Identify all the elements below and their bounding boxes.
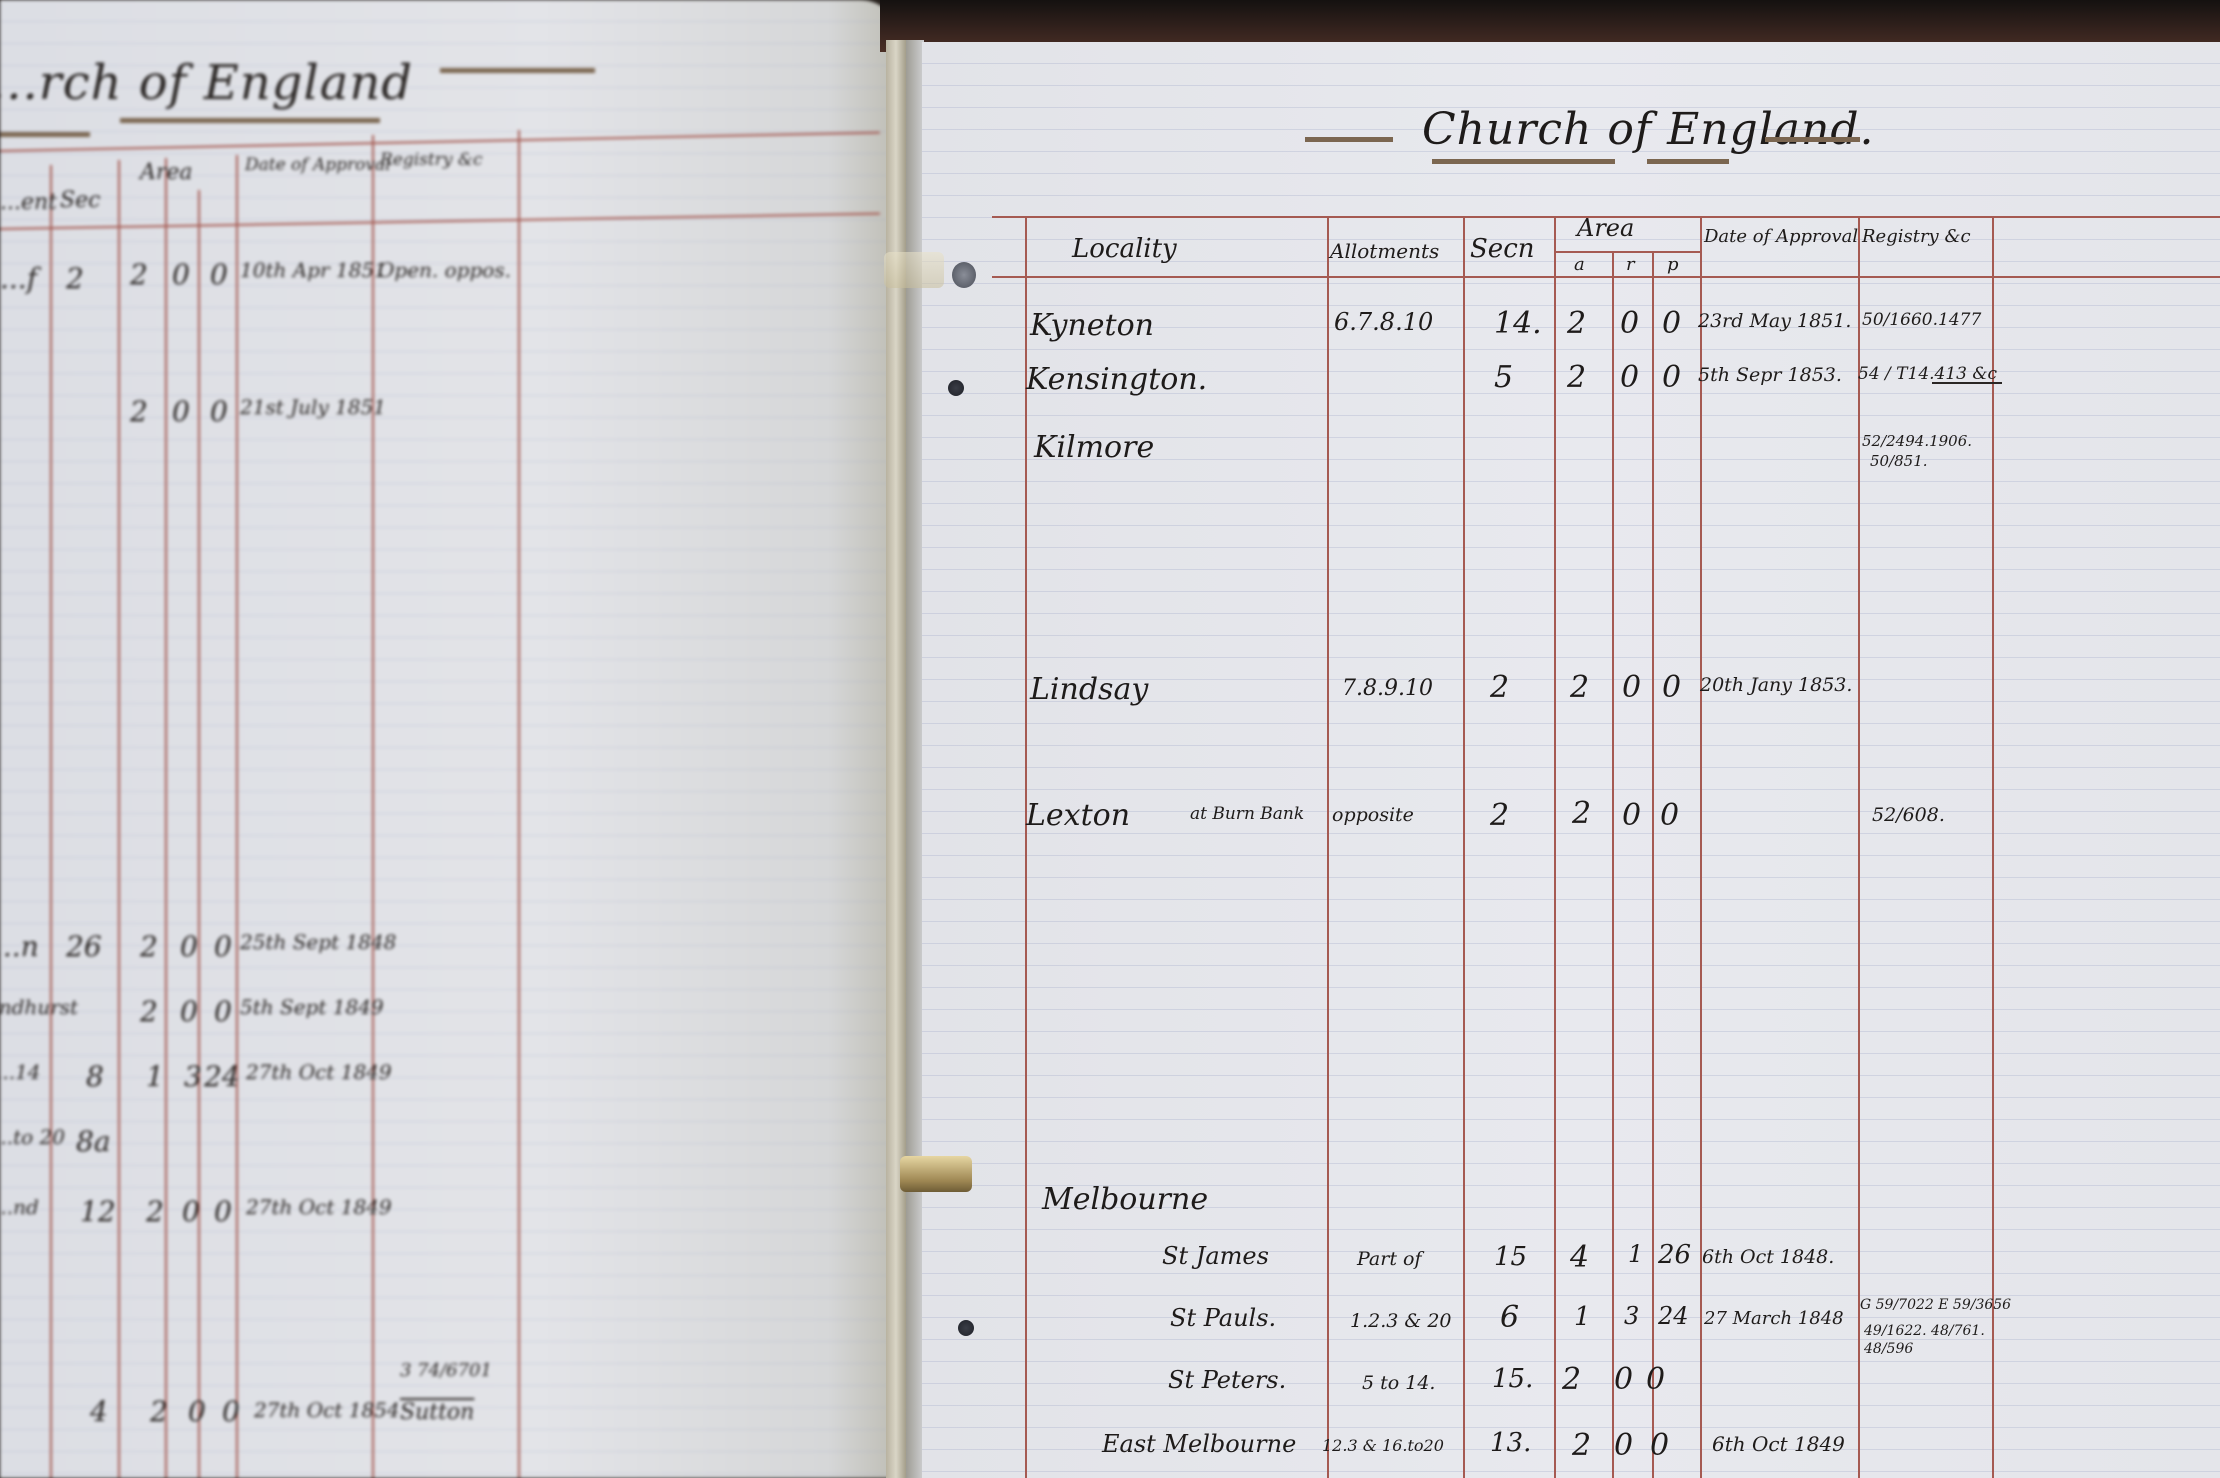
cell-locality: St James bbox=[1162, 1242, 1269, 1270]
column-rule bbox=[372, 135, 374, 1478]
cell-allotments: 7.8.9.10 bbox=[1342, 676, 1433, 701]
cell-locality: Lindsay bbox=[1030, 672, 1148, 707]
column-rule-area-r bbox=[1612, 251, 1614, 1478]
left-header-locality: ...ent bbox=[0, 190, 57, 215]
header-top-rule bbox=[0, 132, 880, 152]
cell-area-a: 2 bbox=[1572, 1428, 1591, 1463]
cell-section: 13. bbox=[1490, 1428, 1531, 1458]
registry-strike bbox=[1932, 382, 2002, 384]
cell-registry: 52/2494.1906. bbox=[1862, 432, 1972, 450]
punch-hole bbox=[958, 1320, 974, 1336]
cell-date: 6th Oct 1849 bbox=[1712, 1432, 1845, 1456]
header-bottom-rule bbox=[0, 213, 880, 230]
ring-clip-bottom bbox=[900, 1156, 972, 1192]
cell-section: 5 bbox=[1494, 360, 1513, 395]
left-header-sec: Sec bbox=[60, 188, 100, 213]
cell-section: 14. bbox=[1494, 306, 1542, 341]
cell-area-a: 2 bbox=[1570, 670, 1589, 705]
cell-section: 6 bbox=[1500, 1300, 1519, 1335]
column-rule bbox=[50, 165, 52, 1478]
cell-date: 23rd May 1851. bbox=[1698, 310, 1851, 332]
cell-registry: G 59/7022 E 59/3656 bbox=[1860, 1296, 2011, 1314]
cell-locality: Kyneton bbox=[1030, 308, 1154, 343]
left-page: ...rch of England ...ent Sec Area Date o… bbox=[0, 0, 900, 1478]
column-rule bbox=[165, 158, 167, 1478]
cell-section: 15. bbox=[1492, 1364, 1533, 1394]
cell-area-r: 0 bbox=[1614, 1362, 1633, 1397]
cell-registry-2: 49/1622. 48/761. bbox=[1864, 1322, 1985, 1340]
cell-area-r: 0 bbox=[1620, 306, 1639, 341]
cell-allotments: 12.3 & 16.to20 bbox=[1322, 1436, 1444, 1455]
title-underline bbox=[1647, 159, 1729, 164]
column-rule bbox=[518, 130, 520, 1478]
column-rule-locality bbox=[1025, 216, 1027, 1478]
column-rule-registry bbox=[1858, 216, 1860, 1478]
title-underline bbox=[120, 118, 380, 123]
header-area-r: r bbox=[1626, 254, 1635, 275]
cell-area-p: 0 bbox=[1650, 1428, 1669, 1463]
column-rule-section bbox=[1463, 216, 1465, 1478]
cell-area-r: 3 bbox=[1624, 1302, 1639, 1330]
cell-area-a: 2 bbox=[1567, 360, 1586, 395]
column-rule bbox=[236, 155, 238, 1478]
cell-registry: 54 / T14.413 &c bbox=[1858, 364, 1997, 384]
cell-date: 27 March 1848 bbox=[1704, 1308, 1844, 1329]
column-rule-end bbox=[1992, 216, 1994, 1478]
column-rule-date bbox=[1700, 216, 1702, 1478]
cell-area-p: 0 bbox=[1662, 670, 1681, 705]
column-rule bbox=[198, 190, 200, 1478]
header-date: Date of Approval bbox=[1704, 226, 1858, 247]
column-rule-allotments bbox=[1327, 216, 1329, 1478]
cell-area-r: 0 bbox=[1622, 798, 1641, 833]
cell-area-r: 0 bbox=[1620, 360, 1639, 395]
header-locality: Locality bbox=[1072, 234, 1177, 264]
cell-area-r: 0 bbox=[1614, 1428, 1633, 1463]
cell-date: 20th Jany 1853. bbox=[1700, 674, 1852, 696]
ring-hole-top bbox=[952, 262, 976, 288]
title-rule-left bbox=[1305, 137, 1393, 142]
cell-registry-2: 50/851. bbox=[1870, 452, 1928, 470]
cell-allotments: 5 to 14. bbox=[1362, 1372, 1435, 1394]
cell-area-a: 2 bbox=[1572, 796, 1591, 831]
table-header-bottom-rule bbox=[992, 276, 2220, 278]
cell-area-a: 1 bbox=[1574, 1302, 1591, 1332]
cell-allotments: 1.2.3 & 20 bbox=[1350, 1310, 1452, 1332]
cell-area-a: 2 bbox=[1562, 1362, 1581, 1397]
right-page: Church of England. Locality Allotments S… bbox=[922, 42, 2220, 1478]
ring-clip-top bbox=[884, 252, 944, 288]
cell-section: 2 bbox=[1490, 798, 1509, 833]
cell-locality: Kensington. bbox=[1026, 362, 1207, 397]
cell-locality: St Peters. bbox=[1168, 1366, 1286, 1394]
title-rule-right bbox=[1765, 137, 1860, 142]
column-rule-area-p bbox=[1652, 251, 1654, 1478]
cell-area-p: 26 bbox=[1658, 1240, 1691, 1270]
left-header-registry: Registry &c bbox=[380, 150, 483, 170]
cell-section: 15 bbox=[1494, 1242, 1527, 1272]
cell-area-r: 0 bbox=[1622, 670, 1641, 705]
cell-locality: Lexton bbox=[1026, 798, 1130, 833]
cell-registry: 52/608. bbox=[1872, 804, 1945, 826]
header-allotments: Allotments bbox=[1330, 239, 1439, 263]
cell-area-r: 1 bbox=[1628, 1240, 1643, 1268]
cell-locality: Kilmore bbox=[1034, 430, 1154, 465]
header-area: Area bbox=[1577, 214, 1634, 242]
cell-allotments: Part of bbox=[1357, 1248, 1422, 1270]
cell-locality: East Melbourne bbox=[1102, 1430, 1296, 1458]
left-page-title: ...rch of England bbox=[0, 55, 413, 111]
cell-area-a: 2 bbox=[1567, 306, 1586, 341]
header-area-p: p bbox=[1667, 254, 1679, 275]
left-header-date: Date of Approval bbox=[245, 155, 391, 175]
cell-locality-note: at Burn Bank bbox=[1190, 804, 1304, 824]
title-rule bbox=[440, 68, 595, 73]
column-rule-area-a bbox=[1554, 216, 1556, 1478]
cell-date: 5th Sepr 1853. bbox=[1698, 364, 1842, 386]
cell-area-p: 24 bbox=[1658, 1302, 1689, 1330]
left-header-area: Area bbox=[140, 160, 193, 185]
cell-allotments: 6.7.8.10 bbox=[1334, 308, 1433, 336]
cell-date: 6th Oct 1848. bbox=[1702, 1246, 1834, 1268]
area-sub-rule bbox=[1556, 251, 1700, 253]
cell-registry-3: 48/596 bbox=[1864, 1340, 1913, 1358]
cell-area-p: 0 bbox=[1660, 798, 1679, 833]
cell-section: 2 bbox=[1490, 670, 1509, 705]
column-rule bbox=[118, 160, 120, 1478]
cell-area-p: 0 bbox=[1646, 1362, 1665, 1397]
header-section: Secn bbox=[1470, 234, 1535, 264]
cell-area-p: 0 bbox=[1662, 306, 1681, 341]
cell-locality: St Pauls. bbox=[1170, 1304, 1276, 1332]
cell-allotments: opposite bbox=[1332, 804, 1414, 826]
section-heading-melbourne: Melbourne bbox=[1042, 1182, 1208, 1217]
cell-area-a: 4 bbox=[1570, 1240, 1589, 1275]
cell-registry: 50/1660.1477 bbox=[1862, 310, 1981, 330]
header-area-a: a bbox=[1574, 254, 1585, 275]
page-title: Church of England. bbox=[1422, 104, 1875, 155]
title-underline bbox=[1432, 159, 1615, 164]
title-underline bbox=[0, 132, 90, 137]
header-registry: Registry &c bbox=[1862, 226, 1971, 247]
punch-hole bbox=[948, 380, 964, 396]
cell-area-p: 0 bbox=[1662, 360, 1681, 395]
